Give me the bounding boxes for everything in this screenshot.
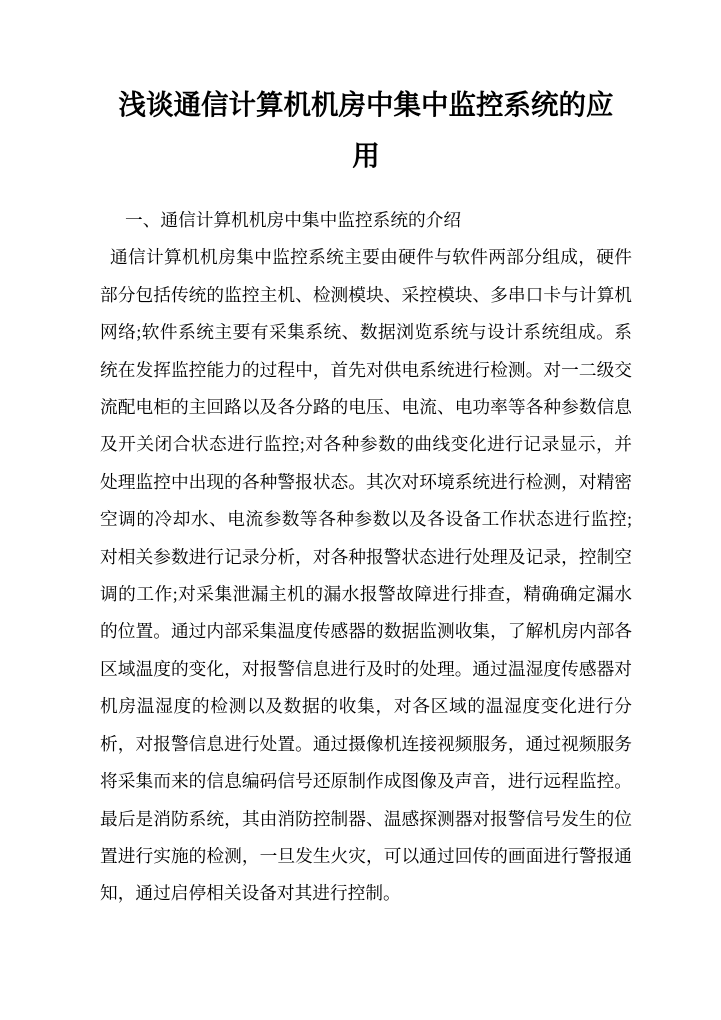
section-heading: 一、通信计算机机房中集中监控系统的介绍 bbox=[100, 202, 632, 239]
document-page: 浅谈通信计算机机房中集中监控系统的应用 一、通信计算机机房中集中监控系统的介绍 … bbox=[0, 0, 721, 1020]
document-title: 浅谈通信计算机机房中集中监控系统的应用 bbox=[111, 79, 621, 181]
body-paragraph: 通信计算机机房集中监控系统主要由硬件与软件两部分组成，硬件部分包括传统的监控主机… bbox=[100, 239, 632, 912]
